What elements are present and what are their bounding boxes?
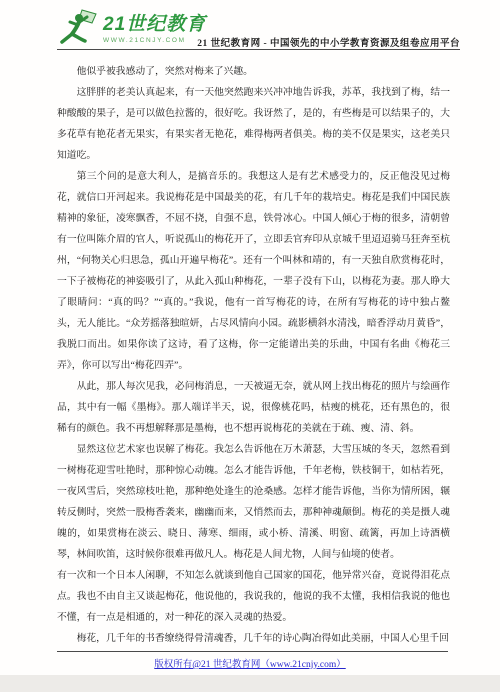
paragraph: 这胖胖的老美认真起来，有一天他突然跑来兴冲冲地告诉我，苏革，我找到了梅，结一种酸… [57,82,450,166]
site-tagline: 21 世纪教育网 - 中国领先的中小学教育资源及组卷应用平台 [197,35,460,49]
paragraph: 显然这位艺术家也误解了梅花。我怎么告诉他在万木萧瑟，大雪压城的冬天，忽然看到一树… [57,439,450,565]
paragraph: 从此，那人每次见我，必问梅消息，一天被逼无奈，就从网上找出梅花的照片与绘画作品，… [57,376,450,439]
logo-text-block: 21世纪教育 www.21cnjy.com [103,9,206,44]
logo-domain-text: www.21cnjy.com [103,37,206,44]
header-divider [57,49,460,50]
runner-icon [60,9,100,51]
paragraph: 第三个问的是意大利人，是搞音乐的。我想这人是有艺术感受力的，反正他没见过梅花，就… [57,166,450,376]
logo-brand-text: 21世纪教育 [103,15,206,34]
article-body: 他似乎被我感动了，突然对梅来了兴趣。 这胖胖的老美认真起来，有一天他突然跑来兴冲… [57,61,450,649]
footer-divider [57,651,448,652]
paragraph: 他似乎被我感动了，突然对梅来了兴趣。 [57,61,450,82]
copyright-link[interactable]: 版权所有@21 世纪教育网（www.21cnjy.com） [0,656,500,670]
paragraph: 有一次和一个日本人闲聊，不知怎么就谈到他自己国家的国花，他异常兴奋，竟说得泪花点… [57,565,450,628]
page-bottom-margin [0,675,500,692]
document-page: 21世纪教育 www.21cnjy.com 21 世纪教育网 - 中国领先的中小… [0,0,500,692]
site-logo: 21世纪教育 www.21cnjy.com [60,9,206,51]
paragraph: 梅花，几千年的书香缭绕得骨清魂香，几千年的诗心陶冶得如此美丽，中国人心里千回 [57,628,450,649]
